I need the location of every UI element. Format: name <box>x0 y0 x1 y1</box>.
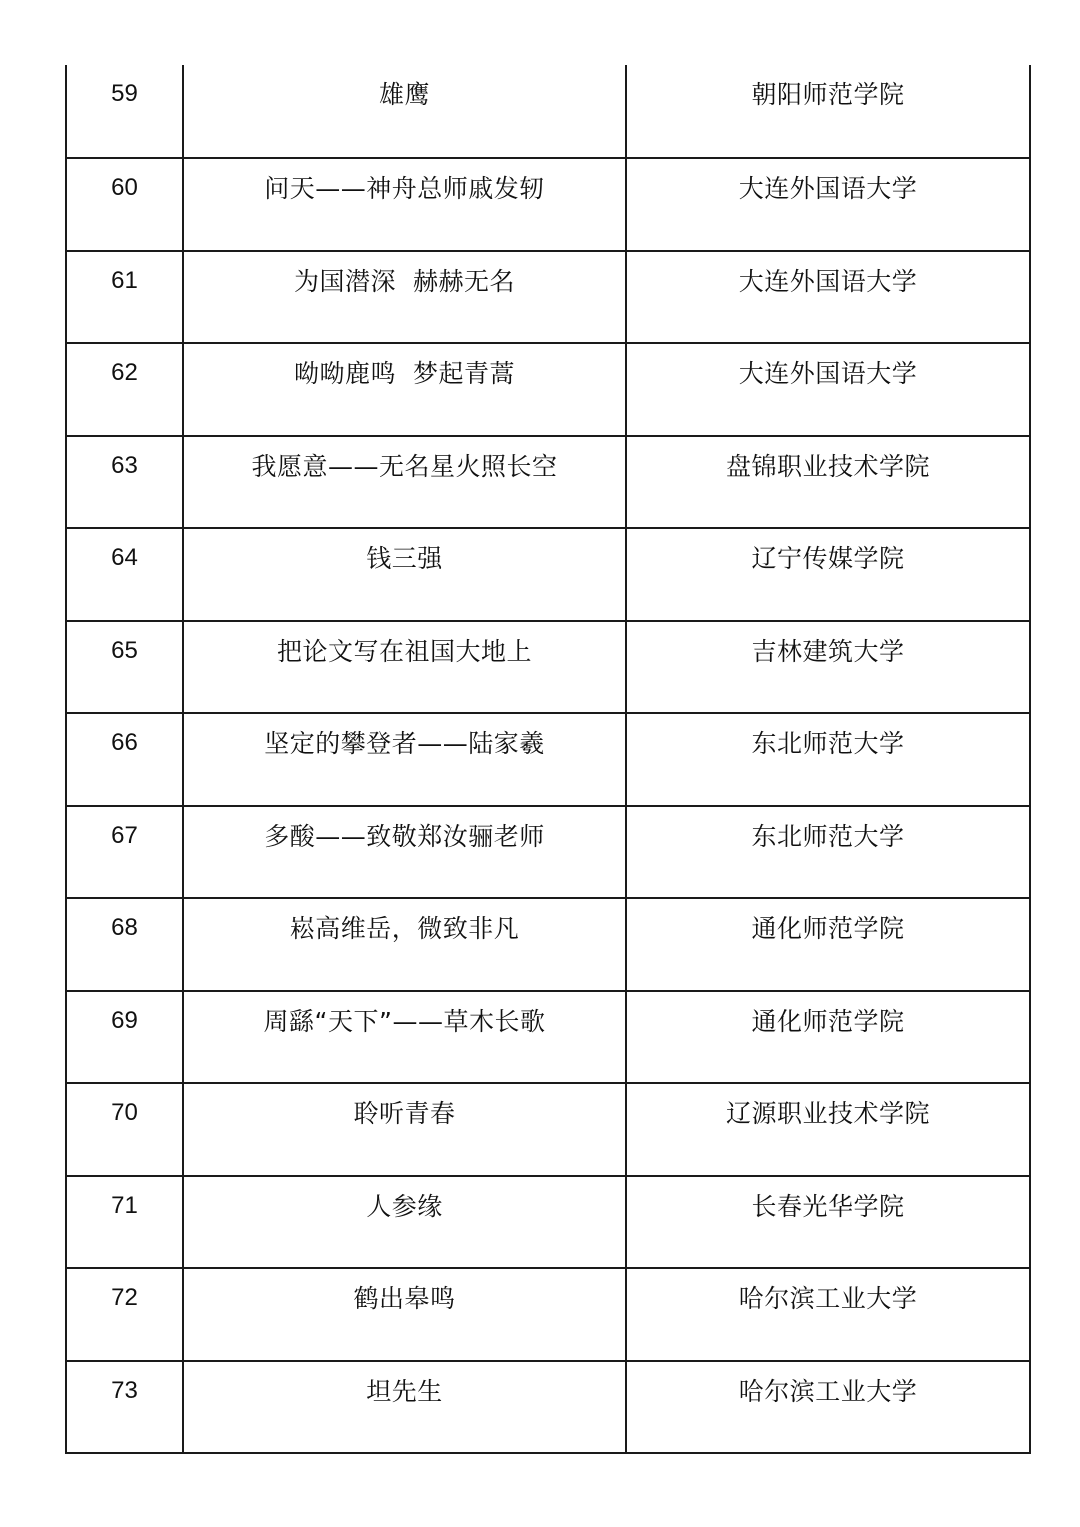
work-title: 问天——神舟总师戚发轫 <box>184 159 625 201</box>
school-cell: 朝阳师范学院 <box>626 65 1030 158</box>
row-number-cell: 73 <box>66 1361 183 1454</box>
table-row: 69 周繇“天下”——草木长歌 通化师范学院 <box>66 991 1030 1084</box>
school-cell: 通化师范学院 <box>626 991 1030 1084</box>
work-title: 坚定的攀登者——陆家羲 <box>184 714 625 756</box>
row-number: 60 <box>67 159 182 200</box>
row-number: 65 <box>67 622 182 663</box>
work-title: 钱三强 <box>184 529 625 571</box>
school-name: 通化师范学院 <box>627 899 1029 941</box>
school-cell: 东北师范大学 <box>626 713 1030 806</box>
school-name: 吉林建筑大学 <box>627 622 1029 664</box>
row-number-cell: 60 <box>66 158 183 251</box>
row-number: 71 <box>67 1177 182 1218</box>
school-cell: 盘锦职业技术学院 <box>626 436 1030 529</box>
school-name: 长春光华学院 <box>627 1177 1029 1219</box>
table-row: 66 坚定的攀登者——陆家羲 东北师范大学 <box>66 713 1030 806</box>
school-name: 东北师范大学 <box>627 714 1029 756</box>
work-title: 多酸——致敬郑汝骊老师 <box>184 807 625 849</box>
row-number: 70 <box>67 1084 182 1125</box>
table-row: 72 鹤出皋鸣 哈尔滨工业大学 <box>66 1268 1030 1361</box>
table-row: 71 人参缘 长春光华学院 <box>66 1176 1030 1269</box>
row-number-cell: 72 <box>66 1268 183 1361</box>
table-row: 68 崧高维岳，微致非凡 通化师范学院 <box>66 898 1030 991</box>
work-title: 坦先生 <box>184 1362 625 1404</box>
table-row: 73 坦先生 哈尔滨工业大学 <box>66 1361 1030 1454</box>
row-number-cell: 63 <box>66 436 183 529</box>
row-number: 73 <box>67 1362 182 1403</box>
table-row: 59 雄鹰 朝阳师范学院 <box>66 65 1030 158</box>
work-title-cell: 钱三强 <box>183 528 626 621</box>
row-number-cell: 70 <box>66 1083 183 1176</box>
row-number: 61 <box>67 252 182 293</box>
work-title: 为国潜深 赫赫无名 <box>184 252 625 294</box>
table-body: 59 雄鹰 朝阳师范学院 60 问天——神舟总师戚发轫 大连外国语大学 61 为… <box>66 65 1030 1453</box>
results-table: 59 雄鹰 朝阳师范学院 60 问天——神舟总师戚发轫 大连外国语大学 61 为… <box>65 65 1031 1454</box>
school-name: 辽宁传媒学院 <box>627 529 1029 571</box>
row-number-cell: 62 <box>66 343 183 436</box>
school-cell: 东北师范大学 <box>626 806 1030 899</box>
school-name: 盘锦职业技术学院 <box>627 437 1029 479</box>
row-number-cell: 66 <box>66 713 183 806</box>
school-cell: 哈尔滨工业大学 <box>626 1361 1030 1454</box>
row-number: 63 <box>67 437 182 478</box>
school-cell: 吉林建筑大学 <box>626 621 1030 714</box>
school-name: 大连外国语大学 <box>627 252 1029 294</box>
row-number: 64 <box>67 529 182 570</box>
work-title-cell: 坚定的攀登者——陆家羲 <box>183 713 626 806</box>
work-title-cell: 崧高维岳，微致非凡 <box>183 898 626 991</box>
work-title-cell: 为国潜深 赫赫无名 <box>183 251 626 344</box>
school-cell: 通化师范学院 <box>626 898 1030 991</box>
row-number-cell: 64 <box>66 528 183 621</box>
work-title-cell: 聆听青春 <box>183 1083 626 1176</box>
school-cell: 大连外国语大学 <box>626 251 1030 344</box>
row-number: 59 <box>67 65 182 106</box>
row-number-cell: 65 <box>66 621 183 714</box>
work-title-cell: 我愿意——无名星火照长空 <box>183 436 626 529</box>
school-name: 哈尔滨工业大学 <box>627 1269 1029 1311</box>
table-row: 67 多酸——致敬郑汝骊老师 东北师范大学 <box>66 806 1030 899</box>
work-title: 聆听青春 <box>184 1084 625 1126</box>
work-title: 人参缘 <box>184 1177 625 1219</box>
work-title-cell: 周繇“天下”——草木长歌 <box>183 991 626 1084</box>
work-title-cell: 鹤出皋鸣 <box>183 1268 626 1361</box>
work-title: 把论文写在祖国大地上 <box>184 622 625 664</box>
work-title-cell: 把论文写在祖国大地上 <box>183 621 626 714</box>
school-cell: 辽源职业技术学院 <box>626 1083 1030 1176</box>
school-cell: 辽宁传媒学院 <box>626 528 1030 621</box>
row-number-cell: 59 <box>66 65 183 158</box>
table-row: 64 钱三强 辽宁传媒学院 <box>66 528 1030 621</box>
school-name: 哈尔滨工业大学 <box>627 1362 1029 1404</box>
school-name: 大连外国语大学 <box>627 344 1029 386</box>
work-title: 我愿意——无名星火照长空 <box>184 437 625 479</box>
row-number-cell: 67 <box>66 806 183 899</box>
school-name: 辽源职业技术学院 <box>627 1084 1029 1126</box>
school-name: 大连外国语大学 <box>627 159 1029 201</box>
row-number-cell: 61 <box>66 251 183 344</box>
table-row: 61 为国潜深 赫赫无名 大连外国语大学 <box>66 251 1030 344</box>
school-cell: 大连外国语大学 <box>626 158 1030 251</box>
row-number: 69 <box>67 992 182 1033</box>
school-cell: 哈尔滨工业大学 <box>626 1268 1030 1361</box>
table-row: 63 我愿意——无名星火照长空 盘锦职业技术学院 <box>66 436 1030 529</box>
row-number: 62 <box>67 344 182 385</box>
work-title-cell: 呦呦鹿鸣 梦起青蒿 <box>183 343 626 436</box>
row-number-cell: 71 <box>66 1176 183 1269</box>
work-title: 呦呦鹿鸣 梦起青蒿 <box>184 344 625 386</box>
work-title-cell: 坦先生 <box>183 1361 626 1454</box>
row-number: 68 <box>67 899 182 940</box>
school-name: 东北师范大学 <box>627 807 1029 849</box>
row-number: 66 <box>67 714 182 755</box>
school-name: 朝阳师范学院 <box>627 65 1029 107</box>
row-number-cell: 68 <box>66 898 183 991</box>
work-title: 周繇“天下”——草木长歌 <box>184 992 625 1034</box>
row-number: 67 <box>67 807 182 848</box>
school-cell: 长春光华学院 <box>626 1176 1030 1269</box>
school-cell: 大连外国语大学 <box>626 343 1030 436</box>
school-name: 通化师范学院 <box>627 992 1029 1034</box>
table-row: 62 呦呦鹿鸣 梦起青蒿 大连外国语大学 <box>66 343 1030 436</box>
work-title: 鹤出皋鸣 <box>184 1269 625 1311</box>
table-row: 60 问天——神舟总师戚发轫 大连外国语大学 <box>66 158 1030 251</box>
results-table-container: 59 雄鹰 朝阳师范学院 60 问天——神舟总师戚发轫 大连外国语大学 61 为… <box>65 65 1029 1454</box>
table-row: 65 把论文写在祖国大地上 吉林建筑大学 <box>66 621 1030 714</box>
work-title: 崧高维岳，微致非凡 <box>184 899 625 941</box>
work-title-cell: 雄鹰 <box>183 65 626 158</box>
work-title-cell: 人参缘 <box>183 1176 626 1269</box>
work-title-cell: 多酸——致敬郑汝骊老师 <box>183 806 626 899</box>
work-title: 雄鹰 <box>184 65 625 107</box>
table-row: 70 聆听青春 辽源职业技术学院 <box>66 1083 1030 1176</box>
work-title-cell: 问天——神舟总师戚发轫 <box>183 158 626 251</box>
row-number: 72 <box>67 1269 182 1310</box>
row-number-cell: 69 <box>66 991 183 1084</box>
